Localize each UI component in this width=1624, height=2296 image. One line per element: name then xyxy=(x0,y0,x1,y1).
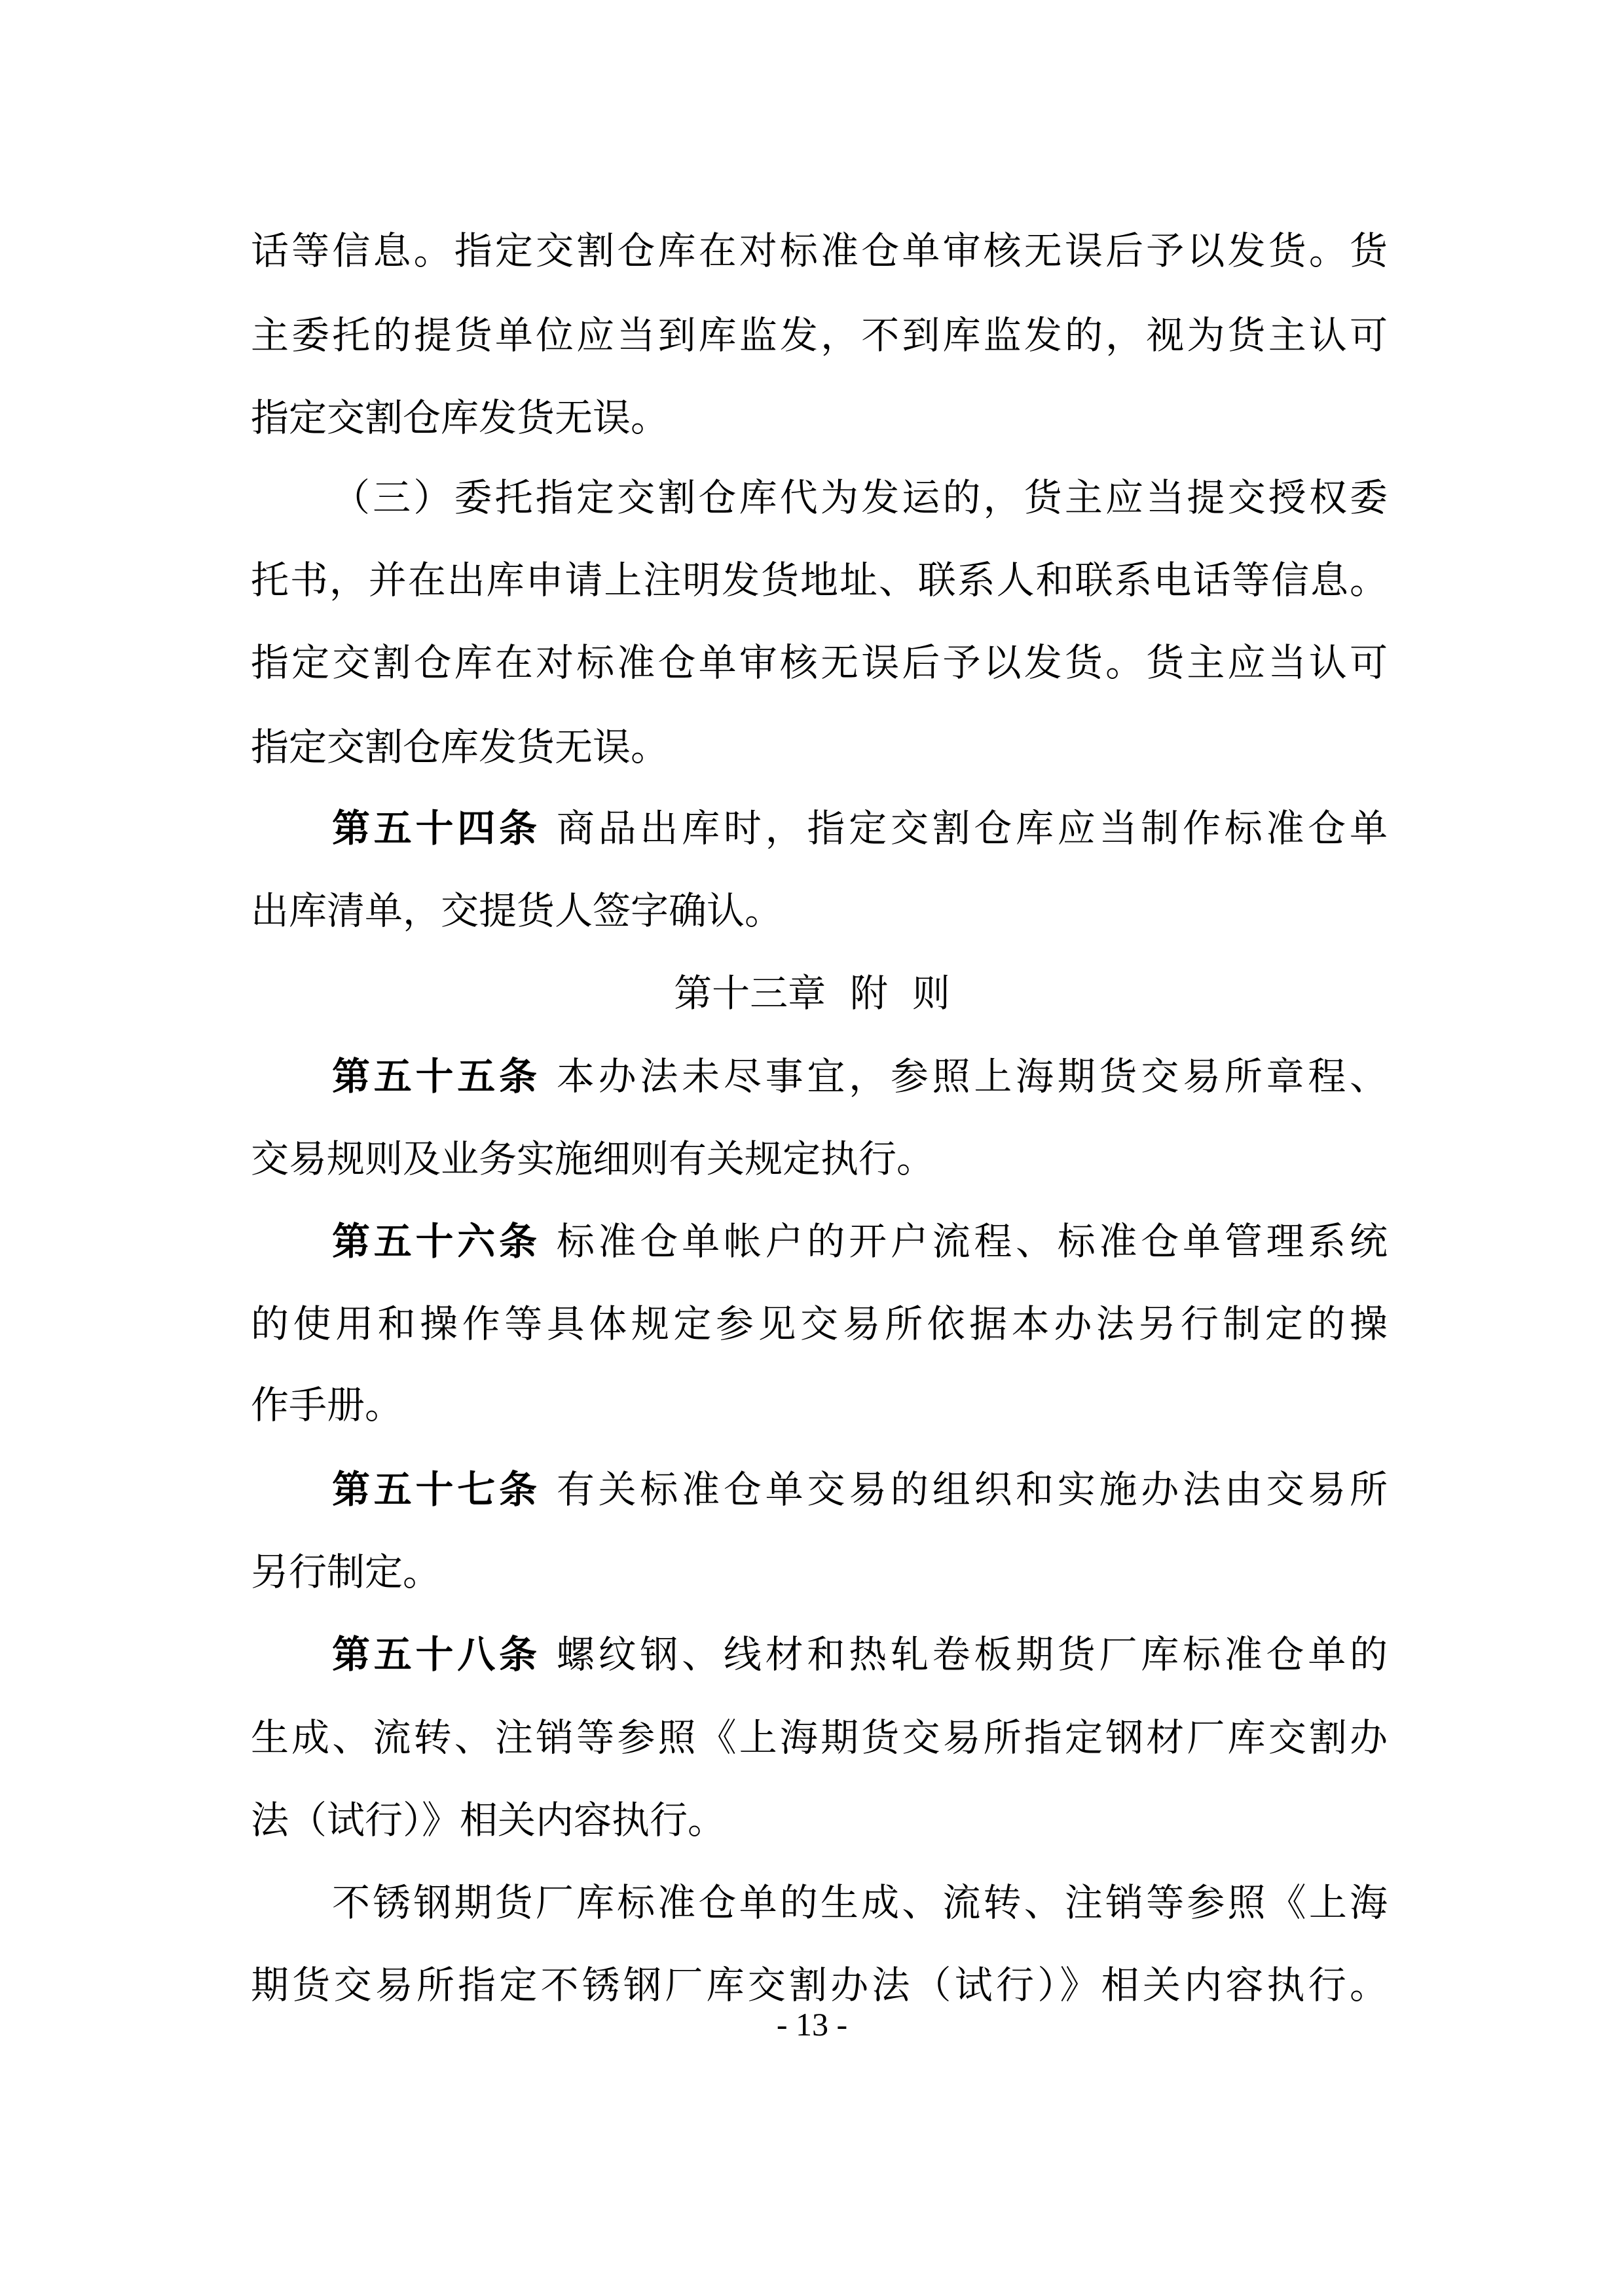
article-57: 第五十七条 有关标准仓单交易的组织和实施办法由交易所 xyxy=(332,1463,1388,1516)
article-heading: 第五十四条 xyxy=(332,806,541,850)
article-58: 第五十八条 螺纹钢、线材和热轧卷板期货厂库标准仓单的 xyxy=(332,1628,1388,1681)
body-line: 指定交割仓库发货无误。 xyxy=(251,721,1388,773)
article-55: 第五十五条 本办法未尽事宜，参照上海期货交易所章程、 xyxy=(332,1050,1388,1102)
body-line: 话等信息。指定交割仓库在对标准仓单审核无误后予以发货。货 xyxy=(251,225,1388,277)
body-line: 另行制定。 xyxy=(251,1546,1388,1598)
article-heading: 第五十五条 xyxy=(332,1054,541,1099)
body-line: 出库清单，交提货人签字确认。 xyxy=(251,884,1388,937)
article-54: 第五十四条 商品出库时，指定交割仓库应当制作标准仓单 xyxy=(332,802,1388,854)
body-line: 期货交易所指定不锈钢厂库交割办法（试行）》相关内容执行。 xyxy=(251,1959,1388,2011)
document-page: 话等信息。指定交割仓库在对标准仓单审核无误后予以发货。货 主委托的提货单位应当到… xyxy=(0,0,1624,2296)
page-number: - 13 - xyxy=(0,2005,1624,2044)
article-heading: 第五十七条 xyxy=(332,1467,541,1512)
article-heading: 第五十八条 xyxy=(332,1632,541,1677)
article-heading: 第五十六条 xyxy=(332,1219,541,1264)
body-line: 主委托的提货单位应当到库监发，不到库监发的，视为货主认可 xyxy=(251,309,1388,361)
article-56: 第五十六条 标准仓单帐户的开户流程、标准仓单管理系统 xyxy=(332,1215,1388,1267)
paragraph-item-3: （三）委托指定交割仓库代为发运的，货主应当提交授权委 xyxy=(332,471,1388,524)
article-text: 螺纹钢、线材和热轧卷板期货厂库标准仓单的 xyxy=(557,1632,1388,1677)
body-line: 作手册。 xyxy=(251,1379,1388,1431)
chapter-title: 第十三章 附 则 xyxy=(0,967,1624,1019)
body-line: 法（试行）》相关内容执行。 xyxy=(251,1794,1388,1846)
article-text: 商品出库时，指定交割仓库应当制作标准仓单 xyxy=(557,806,1388,850)
body-line: 生成、流转、注销等参照《上海期货交易所指定钢材厂库交割办 xyxy=(251,1711,1388,1764)
body-line: 指定交割仓库发货无误。 xyxy=(251,392,1388,444)
article-text: 本办法未尽事宜，参照上海期货交易所章程、 xyxy=(557,1054,1388,1099)
body-line: 指定交割仓库在对标准仓单审核无误后予以发货。货主应当认可 xyxy=(251,636,1388,689)
body-line: 的使用和操作等具体规定参见交易所依据本办法另行制定的操 xyxy=(251,1298,1388,1350)
body-line: 不锈钢期货厂库标准仓单的生成、流转、注销等参照《上海 xyxy=(332,1876,1388,1929)
body-line: 交易规则及业务实施细则有关规定执行。 xyxy=(251,1133,1388,1185)
article-text: 有关标准仓单交易的组织和实施办法由交易所 xyxy=(557,1467,1388,1512)
body-line: 托书，并在出库申请上注明发货地址、联系人和联系电话等信息。 xyxy=(251,554,1388,606)
article-text: 标准仓单帐户的开户流程、标准仓单管理系统 xyxy=(557,1219,1388,1264)
